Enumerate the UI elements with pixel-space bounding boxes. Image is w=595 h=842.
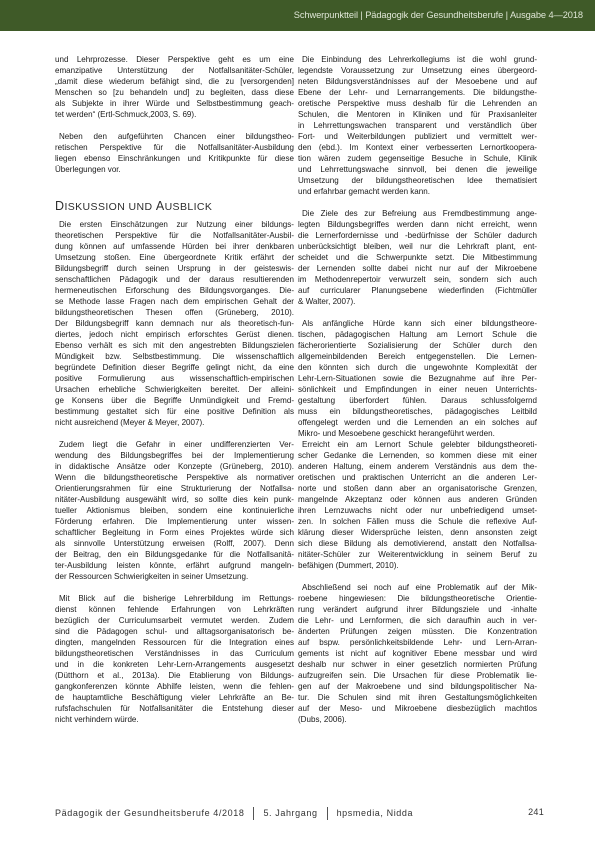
text-line: und erfahrbar gemacht werden kann. xyxy=(298,186,537,197)
text-line: gen auf der Makroebene und sind bildungs… xyxy=(298,681,537,692)
paragraph: Zudem liegt die Gefahr in einer undiffer… xyxy=(55,439,294,582)
footer-divider xyxy=(327,807,328,820)
text-line: der Beitrag, den ein Bildungsgedanke für… xyxy=(55,549,294,560)
text-line: emanzipative Unterstützung der Notfallsa… xyxy=(55,65,294,76)
text-line: rung verändert aufgrund ihrer Bildungszi… xyxy=(298,604,537,615)
text-line: sind die Pädagogen schul- und alltagsorg… xyxy=(55,626,294,637)
text-line: schaftlicher Begleitung in Form eines Pr… xyxy=(55,527,294,538)
text-line: Die ersten Einschätzungen zur Nutzung ei… xyxy=(55,219,294,230)
paragraph: und Lehrprozesse. Dieser Perspektive geh… xyxy=(55,54,294,120)
text-line: auf curricularer Planungsebene wiederfin… xyxy=(298,285,537,296)
text-line: ihren Lernzuwachs nicht oder nur unbefri… xyxy=(298,505,537,516)
paragraph: Neben den aufgeführten Chancen einer bil… xyxy=(55,131,294,175)
text-line: zen. In solchen Fällen muss die Schule d… xyxy=(298,516,537,527)
text-line: gestaltung überfordert fühlen. Daraus sc… xyxy=(298,395,537,406)
paragraph: Erreicht ein am Lernort Schule gelebter … xyxy=(298,439,537,571)
paragraph: Als anfängliche Hürde kann sich einer bi… xyxy=(298,318,537,439)
footer-volume: 5. Jahrgang xyxy=(263,808,317,818)
text-line: bildungstheoretischen Thesen offen (Grün… xyxy=(55,307,294,318)
text-line: (Dubs, 2006). xyxy=(298,714,537,725)
text-line: nitäter-Ausbildung ausgewählt wird, so s… xyxy=(55,494,294,505)
text-line: den könnten sich durch die ungewohnte Ko… xyxy=(298,362,537,373)
text-line: norte und stoßen dann aber an organisato… xyxy=(298,483,537,494)
text-line: bildungstheoretischen Verständnisses in … xyxy=(55,648,294,659)
text-line: oretischen und praktischen Unterricht an… xyxy=(298,472,537,483)
text-line: gangkonferenzen könnte Abhilfe leisten, … xyxy=(55,681,294,692)
text-line: Wenn die bildungstheoretische Perspektiv… xyxy=(55,472,294,483)
text-line: Ebenso verhält es sich mit den angestreb… xyxy=(55,340,294,351)
text-line: Bildungsbegriff durch seinen Ursprung in… xyxy=(55,263,294,274)
text-line: Ursachen erhebliche Schwierigkeiten bere… xyxy=(55,384,294,395)
text-line: neten Bildungsverständnisses auf der Mes… xyxy=(298,76,537,87)
text-line: auf der Meso- und Mikroebene diesbezügli… xyxy=(298,703,537,714)
text-line: Die Ziele des zur Befreiung aus Fremdbes… xyxy=(298,208,537,219)
text-line: dung können auf umfassende Hürden bei ih… xyxy=(55,241,294,252)
text-line: Orientierungsrahmen für eine Strukturier… xyxy=(55,483,294,494)
text-line: tueller Aktionismus bleiben, sondern ein… xyxy=(55,505,294,516)
text-line: retischen Perspektive für die Notfallsan… xyxy=(55,142,294,153)
text-line: allgemeinbildenden Bereich entgegenstell… xyxy=(298,351,537,362)
text-line: unberücksichtigt bleiben, weil nur die L… xyxy=(298,241,537,252)
text-line: sönlichkeit und Empfindungen in einer ne… xyxy=(298,384,537,395)
text-line: Fort- und Weiterbildungen publiziert und… xyxy=(298,131,537,142)
text-line: deshalb nur schwer in einer gesetzlich n… xyxy=(298,659,537,670)
paragraph: Mit Blick auf die bisherige Lehrerbildun… xyxy=(55,593,294,725)
text-line: Abschließend sei noch auf eine Problemat… xyxy=(298,582,537,593)
text-line: der Lernenden sollte dabei nicht nur auf… xyxy=(298,263,537,274)
text-line: und in die konkreten Lehr-Lern-Arrangeme… xyxy=(55,659,294,670)
text-line: Die Einbindung des Lehrerkollegiums ist … xyxy=(298,54,537,65)
text-line: klärung dieser Widersprüche leisten, den… xyxy=(298,527,537,538)
text-line: scher Gedanke die Lernenden, so kommen d… xyxy=(298,450,537,461)
text-line: ge Konsens über die Begriffe Unmündigkei… xyxy=(55,395,294,406)
text-line: sich diese Bildung als demotivierend, an… xyxy=(298,538,537,549)
text-line: als sinnvolle Unterstützung erweisen (Ro… xyxy=(55,538,294,549)
text-line: die Lehr- und Lernformen, die sich darau… xyxy=(298,615,537,626)
text-line: Zudem liegt die Gefahr in einer undiffer… xyxy=(55,439,294,450)
text-line: Überlegungen vor. xyxy=(55,164,294,175)
text-line: fächerorientierte Sozialisierung der Sch… xyxy=(298,340,537,351)
text-line: die Lernerfordernisse und -bedürfnisse d… xyxy=(298,230,537,241)
text-line: legten Bildungsbegriffes werden dann nic… xyxy=(298,219,537,230)
text-line: roebene hingewiesen: Die bildungstheoret… xyxy=(298,593,537,604)
text-line: anderen Haltung, einem anderem Verständn… xyxy=(298,461,537,472)
footer-publisher: hpsmedia, Nidda xyxy=(337,808,414,818)
text-line: Förderung erfahren. Die Implementierung … xyxy=(55,516,294,527)
text-line: gements ist nicht auf kognitiver Ebene m… xyxy=(298,648,537,659)
text-line: nitäter-Schüler zur Weiterentwicklung in… xyxy=(298,549,537,560)
text-line: muss ein bildungstheoretisches, pädagogi… xyxy=(298,406,537,417)
text-line: Ebene der Lehr- und Lernarrangements. Di… xyxy=(298,87,537,98)
text-line: Umsetzung der bildungstheoretischen Idee… xyxy=(298,175,537,186)
text-line: & Walter, 2007). xyxy=(298,296,537,307)
text-line: aufzugreifen sein. Die Ursachen für dies… xyxy=(298,670,537,681)
text-line: scheidet und die Schwerpunkte setzt. Die… xyxy=(298,252,537,263)
left-column: und Lehrprozesse. Dieser Perspektive geh… xyxy=(55,54,294,736)
text-line: hermeneutischen Erforschung des Bildungs… xyxy=(55,285,294,296)
paragraph: Abschließend sei noch auf eine Problemat… xyxy=(298,582,537,725)
text-line: rufsfachschulen für Notfallsanitäter die… xyxy=(55,703,294,714)
text-line: Schulen, die Mentoren in Kliniken und fü… xyxy=(298,109,537,120)
text-line: begründete Definition dieser Begriffe ge… xyxy=(55,362,294,373)
text-line: tur. Die Schulen sind mit ihren Gestaltu… xyxy=(298,692,537,703)
text-line: Mit Blick auf die bisherige Lehrerbildun… xyxy=(55,593,294,604)
text-line: senschaftlichen Pädagogik und der daraus… xyxy=(55,274,294,285)
text-line: nicht verhindern würde. xyxy=(55,714,294,725)
text-line: mangelnde Akzeptanz oder können aus ande… xyxy=(298,494,537,505)
text-line: Als anfängliche Hürde kann sich einer bi… xyxy=(298,318,537,329)
text-line: dienst können fehlende Erfahrungen von L… xyxy=(55,604,294,615)
text-line: „damit diese wiederum befähigt sind, die… xyxy=(55,76,294,87)
paragraph: Die Ziele des zur Befreiung aus Fremdbes… xyxy=(298,208,537,307)
text-line: oretische Perspektive muss deshalb für d… xyxy=(298,98,537,109)
text-line: offengelegt werden und die Lernenden an … xyxy=(298,417,537,428)
text-line: Umsetzung stoßen. Eine übergeordnete Kri… xyxy=(55,252,294,263)
running-header-title: Schwerpunktteil | Pädagogik der Gesundhe… xyxy=(294,10,583,20)
text-line: legendste Voraussetzung zur Umsetzung ei… xyxy=(298,65,537,76)
text-line: als Subjekte in ihrer Würde und Selbstbe… xyxy=(55,98,294,109)
text-line: liegen ebenso Einschränkungen und Kritik… xyxy=(55,153,294,164)
paragraph: Die Einbindung des Lehrerkollegiums ist … xyxy=(298,54,537,197)
text-line: wendung des Bildungsbegriffes bei der Im… xyxy=(55,450,294,461)
text-line: auf bspw. persönlichkeitsbildende Lehr- … xyxy=(298,637,537,648)
text-line: ter-Ausbildung leisten könnte, erfährt a… xyxy=(55,560,294,571)
heading-initial: A xyxy=(156,199,165,213)
text-line: Menschen so [zu behandeln und] zu beglei… xyxy=(55,87,294,98)
text-line: Mikro- und Mesoebene geschickt herangefü… xyxy=(298,428,537,439)
text-line: bestimmung gestaltet sich für eine posit… xyxy=(55,406,294,417)
text-line: in Lehrrettungswachen transparent und ve… xyxy=(298,120,537,131)
text-line: bezüglich der Curriculumsarbeit vermutet… xyxy=(55,615,294,626)
right-column: Die Einbindung des Lehrerkollegiums ist … xyxy=(298,54,537,736)
text-line: in didaktische Ansätze oder Konzepte (Gr… xyxy=(55,461,294,472)
text-line: nicht ausreichend (Meyer & Meyer, 2007). xyxy=(55,417,294,428)
text-line: tet werden“ (Ertl-Schmuck,2003, S. 69). xyxy=(55,109,294,120)
footer-journal: Pädagogik der Gesundheitsberufe 4/2018 xyxy=(55,808,244,818)
text-line: Neben den aufgeführten Chancen einer bil… xyxy=(55,131,294,142)
section-heading: DISKUSSION UND AUSBLICK xyxy=(55,201,294,214)
text-line: der Ressourcen Schwierigkeiten in seiner… xyxy=(55,571,294,582)
heading-text: USBLICK xyxy=(165,201,213,213)
text-line: Erreicht ein am Lernort Schule gelebter … xyxy=(298,439,537,450)
text-line: dingten, mangelnden Ressourcen für die I… xyxy=(55,637,294,648)
text-line: diertes, jedoch nicht empirisch erforsch… xyxy=(55,329,294,340)
text-line: (Dütthorn et al., 2013a). Die Etablierun… xyxy=(55,670,294,681)
text-line: positive Formulierung aus wissenschaftli… xyxy=(55,373,294,384)
paragraph: Die ersten Einschätzungen zur Nutzung ei… xyxy=(55,219,294,428)
page-footer: Pädagogik der Gesundheitsberufe 4/20185.… xyxy=(55,807,544,820)
text-line: den (ebd.). Im Kontext einer verbesserte… xyxy=(298,142,537,153)
text-line: und Lehrrettungswache sinnvoll, bei dene… xyxy=(298,164,537,175)
footer-divider xyxy=(253,807,254,820)
text-line: Mündigkeit bzw. Selbstbestimmung. Die wi… xyxy=(55,351,294,362)
running-header-band: Schwerpunktteil | Pädagogik der Gesundhe… xyxy=(0,0,595,31)
page-number: 241 xyxy=(528,807,544,817)
text-line: tion wären zudem gegenseitige Besuche in… xyxy=(298,153,537,164)
text-line: änderten Prüfungen zeigen müssten. Die K… xyxy=(298,626,537,637)
text-line: de hauptamtliche Beschäftigung vieler Le… xyxy=(55,692,294,703)
text-line: und Lehrprozesse. Dieser Perspektive geh… xyxy=(55,54,294,65)
text-line: tischen, pädagogischen Haltung am Lernor… xyxy=(298,329,537,340)
text-line: Der Bildungsbegriff kann demnach nur als… xyxy=(55,318,294,329)
heading-text: ISKUSSION UND xyxy=(64,201,155,213)
text-line: befähigen (Dummert, 2010). xyxy=(298,560,537,571)
text-line: theoretischen Perspektive für die Notfal… xyxy=(55,230,294,241)
text-line: Lehr-Lern-Situationen sowie die Bezugnah… xyxy=(298,373,537,384)
text-line: im Methodenrepertoir verwurzelt sein, so… xyxy=(298,274,537,285)
text-line: se Methode lasse Fragen nach dem empiris… xyxy=(55,296,294,307)
